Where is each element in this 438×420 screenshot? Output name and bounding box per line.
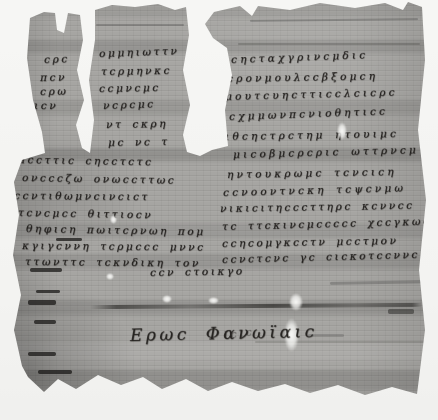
photo-background: ϲρϲ πϲν ϲρω ιϲν ομμηιωττν τϲρμηνκϲ ϲϲμνϲ… (0, 0, 438, 420)
greek-text-line: πϲν (40, 72, 67, 84)
greek-text-line: ϲϲμνϲμϲ (99, 82, 161, 95)
ink-offset-dash (38, 370, 72, 374)
greek-text-line: μϲ νϲ τ (108, 136, 170, 149)
ink-smudge (388, 309, 414, 314)
greek-text-line: ϲϲν ϲτοικγο (150, 265, 245, 279)
abrasion-hole (110, 215, 117, 224)
greek-text-line: ϲρϲ (44, 53, 70, 66)
greek-text-line: νϲρϲμϲ (103, 98, 156, 112)
greek-text-line: πϲϲττιϲ ϲηϲϲτϲτϲ (18, 154, 154, 168)
greek-text-line: ντ ϲκρη (106, 118, 168, 131)
greek-text-line: τϲρμηνκϲ (101, 65, 172, 78)
greek-text-line: ιϲν (34, 100, 58, 112)
abrasion-hole (162, 295, 172, 303)
ink-offset-dash (56, 238, 82, 241)
greek-text-line: τϲνϲμϲϲ θιττιοϲν (18, 207, 153, 221)
subscription-line: Ερωϲ Φανωϊαιϲ (130, 322, 318, 346)
abrasion-hole (289, 293, 303, 311)
ink-offset-dash (36, 290, 60, 293)
papyrus-fragment: ϲρϲ πϲν ϲρω ιϲν ομμηιωττν τϲρμηνκϲ ϲϲμνϲ… (0, 0, 438, 420)
subscription-trailing-stroke (308, 334, 344, 337)
ink-offset-dash (28, 300, 56, 305)
fiber-line (96, 24, 184, 26)
ink-offset-dash (30, 268, 62, 272)
abrasion-hole (106, 273, 114, 280)
fiber-line (238, 43, 420, 45)
greek-text-line: ϲϲντιθωμνϲινϲιϲτ (14, 190, 150, 203)
ink-offset-dash (28, 352, 56, 356)
greek-text-line: κγιγϲννη τϲρμϲϲϲ μννϲ (22, 240, 206, 254)
abrasion-hole (208, 297, 219, 304)
ink-offset-dash (34, 320, 56, 324)
abrasion-hole (337, 122, 347, 140)
greek-text-line: ϲρω (40, 86, 69, 98)
